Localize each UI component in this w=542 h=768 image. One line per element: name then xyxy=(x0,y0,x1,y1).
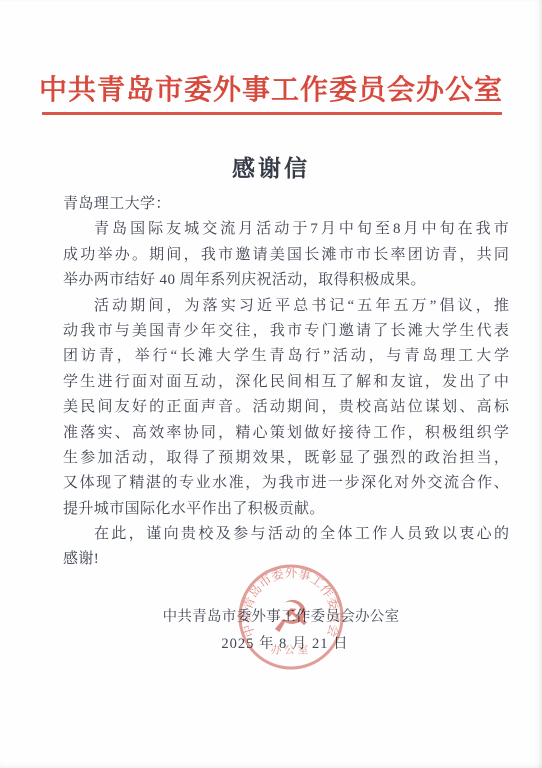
body-line: 学生进行面对面互动，深化民间相互了解和友谊，发出了中 xyxy=(63,370,509,395)
body-line: 成功举办。期间，我市邀请美国长滩市市长率团访青，共同 xyxy=(63,243,509,268)
seal-arc-text: 中共青岛市委外事工作委员会 xyxy=(239,566,342,640)
body-line: 活动期间，为落实习近平总书记“五年五万”倡议，推 xyxy=(63,294,509,319)
letterhead-org-name: 中共青岛市委外事工作委员会办公室 xyxy=(0,68,542,108)
body-line: 青岛理工大学： xyxy=(63,192,509,217)
body-line: 又体现了精湛的专业水准，为我市进一步深化对外交流合作、 xyxy=(63,471,509,496)
signature-date: 2025 年 8 月 21 日 xyxy=(0,632,542,653)
signature-org: 中共青岛市委外事工作委员会办公室 xyxy=(0,605,542,626)
body-line: 青岛国际友城交流月活动于7月中旬至8月中旬在我市 xyxy=(63,217,509,242)
letter-page: 中共青岛市委外事工作委员会办公室 感谢信 青岛理工大学：青岛国际友城交流月活动于… xyxy=(0,0,542,768)
letterhead-divider xyxy=(42,112,502,115)
body-line: 举办两市结好 40 周年系列庆祝活动，取得积极成果。 xyxy=(63,268,509,293)
letter-body: 青岛理工大学：青岛国际友城交流月活动于7月中旬至8月中旬在我市成功举办。期间，我… xyxy=(63,192,509,573)
body-line: 团访青，举行“长滩大学生青岛行”活动，与青岛理工大学 xyxy=(63,344,509,369)
body-line: 动我市与美国青少年交往，我市专门邀请了长滩大学生代表 xyxy=(63,319,509,344)
body-line: 美民间友好的正面声音。活动期间，贵校高站位谋划、高标 xyxy=(63,395,509,420)
body-line: 准落实、高效率协同，精心策划做好接待工作，积极组织学 xyxy=(63,421,509,446)
letter-title: 感谢信 xyxy=(0,150,542,183)
body-line: 生参加活动，取得了预期效果，既彰显了强烈的政治担当， xyxy=(63,446,509,471)
body-line: 在此，谨向贵校及参与活动的全体工作人员致以衷心的 xyxy=(63,522,509,547)
body-line: 提升城市国际化水平作出了积极贡献。 xyxy=(63,497,509,522)
body-line: 感谢! xyxy=(63,547,509,572)
